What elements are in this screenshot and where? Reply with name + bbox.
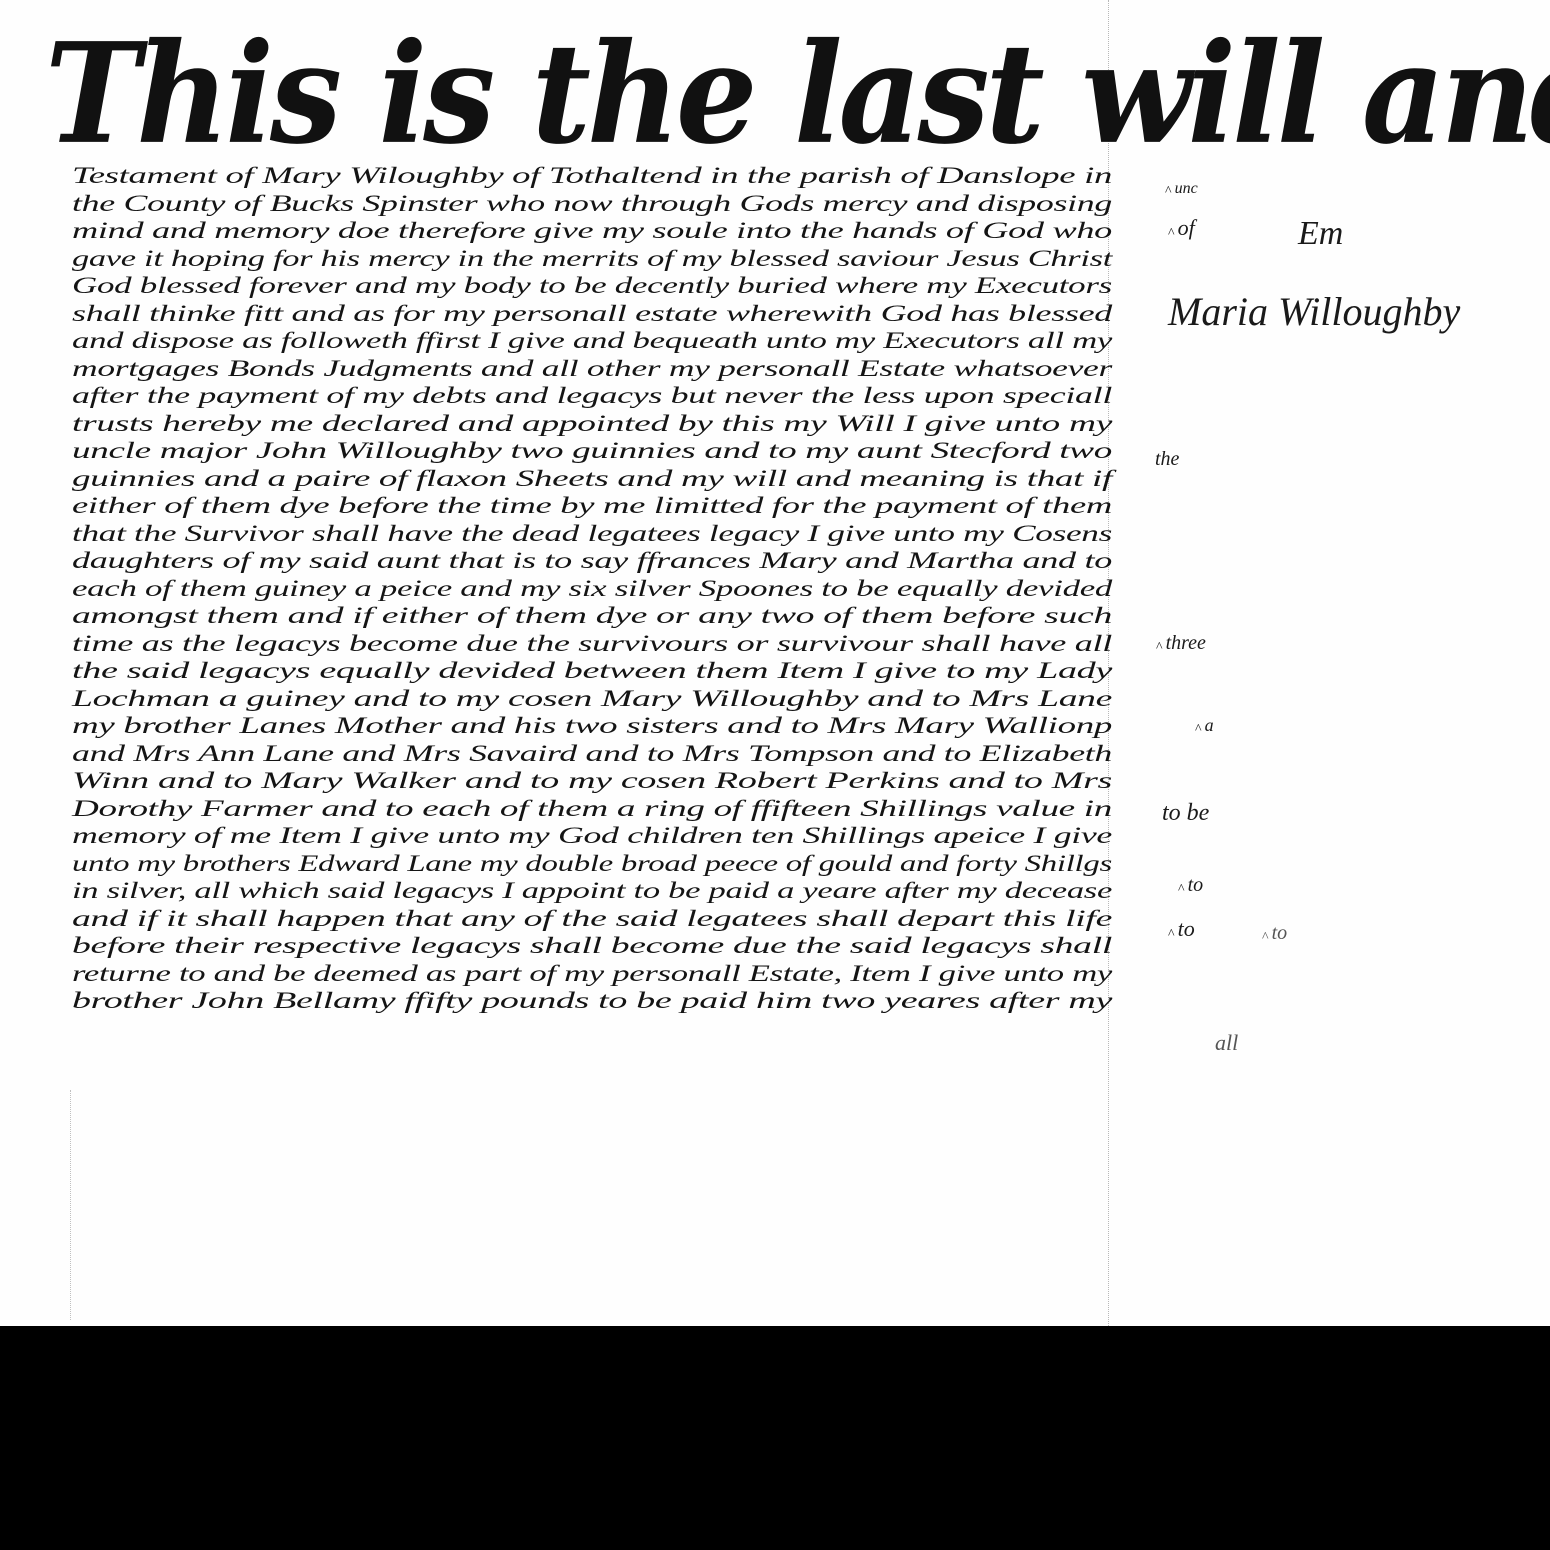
margin-note: to be	[1162, 800, 1209, 827]
text-line: mortgages Bonds Judgments and all other …	[72, 355, 1112, 383]
text-line-content: each of them guiney a peice and my six s…	[72, 575, 1112, 603]
margin-note: ^three	[1156, 632, 1206, 656]
insertion-caret-icon: ^	[1168, 927, 1175, 942]
text-line-content: amongst them and if either of them dye o…	[72, 602, 1112, 630]
text-line-content: and if it shall happen that any of the s…	[72, 905, 1112, 933]
margin-note: the	[1155, 448, 1179, 471]
margin-note: ^to	[1168, 916, 1195, 943]
text-line: God blessed forever and my body to be de…	[72, 272, 1112, 300]
text-line-content: that the Survivor shall have the dead le…	[72, 520, 1112, 548]
insertion-caret-icon: ^	[1178, 882, 1185, 897]
text-line: Lochman a guiney and to my cosen Mary Wi…	[72, 685, 1112, 713]
text-line-content: Dorothy Farmer and to each of them a rin…	[72, 795, 1112, 823]
manuscript-page: This is the last will and Testament of M…	[0, 0, 1550, 1326]
text-line: unto my brothers Edward Lane my double b…	[72, 850, 1112, 878]
insertion-caret-icon: ^	[1195, 722, 1202, 737]
text-line-content: the said legacys equally devided between…	[72, 657, 1112, 685]
text-line: Winn and to Mary Walker and to my cosen …	[72, 767, 1112, 795]
text-line-content: guinnies and a paire of flaxon Sheets an…	[72, 465, 1112, 493]
text-line-content: Winn and to Mary Walker and to my cosen …	[72, 767, 1112, 795]
text-line-content: and dispose as followeth ffirst I give a…	[72, 327, 1112, 355]
margin-note: Em	[1298, 215, 1343, 253]
margin-note: ^to	[1178, 874, 1203, 898]
text-line-content: and Mrs Ann Lane and Mrs Savaird and to …	[72, 740, 1112, 768]
text-line-content: unto my brothers Edward Lane my double b…	[72, 850, 1112, 878]
text-line-content: mind and memory doe therefore give my so…	[72, 217, 1112, 245]
text-line: and dispose as followeth ffirst I give a…	[72, 327, 1112, 355]
text-line: uncle major John Willoughby two guinnies…	[72, 437, 1112, 465]
text-line-content: mortgages Bonds Judgments and all other …	[72, 355, 1112, 383]
text-line-content: Testament of Mary Wiloughby of Tothalten…	[72, 162, 1112, 190]
text-line: the said legacys equally devided between…	[72, 657, 1112, 685]
text-line: brother John Bellamy ffifty pounds to be…	[72, 987, 1112, 1015]
text-line-content: God blessed forever and my body to be de…	[72, 272, 1112, 300]
text-line: that the Survivor shall have the dead le…	[72, 520, 1112, 548]
page-edge-dots	[70, 1090, 71, 1320]
text-line-content: shall thinke fitt and as for my personal…	[72, 300, 1112, 328]
text-line: shall thinke fitt and as for my personal…	[72, 300, 1112, 328]
text-line: in silver, all which said legacys I appo…	[72, 877, 1112, 905]
text-line: gave it hoping for his mercy in the merr…	[72, 245, 1112, 273]
text-line-content: before their respective legacys shall be…	[72, 932, 1112, 960]
margin-note: ^of	[1168, 215, 1195, 242]
text-line: the County of Bucks Spinster who now thr…	[72, 190, 1112, 218]
text-line-content: in silver, all which said legacys I appo…	[72, 877, 1112, 905]
text-line-content: memory of me Item I give unto my God chi…	[72, 822, 1112, 850]
text-line-content: daughters of my said aunt that is to say…	[72, 547, 1112, 575]
margin-note: ^to	[1262, 922, 1287, 946]
will-heading: This is the last will and	[45, 8, 1065, 181]
margin-note: ^unc	[1165, 180, 1198, 200]
text-line: either of them dye before the time by me…	[72, 492, 1112, 520]
insertion-caret-icon: ^	[1262, 930, 1269, 945]
text-line: my brother Lanes Mother and his two sist…	[72, 712, 1112, 740]
text-line-content: brother John Bellamy ffifty pounds to be…	[72, 987, 1112, 1015]
insertion-caret-icon: ^	[1156, 640, 1163, 655]
text-line-content: trusts hereby me declared and appointed …	[72, 410, 1112, 438]
text-line: time as the legacys become due the survi…	[72, 630, 1112, 658]
text-line-content: gave it hoping for his mercy in the merr…	[72, 245, 1112, 273]
margin-signature: Maria Willoughby	[1168, 288, 1460, 335]
text-line-content: my brother Lanes Mother and his two sist…	[72, 712, 1112, 740]
text-line: after the payment of my debts and legacy…	[72, 382, 1112, 410]
will-body: Testament of Mary Wiloughby of Tothalten…	[72, 162, 1112, 1015]
text-line-content: Lochman a guiney and to my cosen Mary Wi…	[72, 685, 1112, 713]
text-line: each of them guiney a peice and my six s…	[72, 575, 1112, 603]
text-line: guinnies and a paire of flaxon Sheets an…	[72, 465, 1112, 493]
text-line-content: time as the legacys become due the survi…	[72, 630, 1112, 658]
text-line-content: either of them dye before the time by me…	[72, 492, 1112, 520]
text-line: Testament of Mary Wiloughby of Tothalten…	[72, 162, 1112, 190]
text-line: amongst them and if either of them dye o…	[72, 602, 1112, 630]
text-line: mind and memory doe therefore give my so…	[72, 217, 1112, 245]
text-line: before their respective legacys shall be…	[72, 932, 1112, 960]
text-line-content: uncle major John Willoughby two guinnies…	[72, 437, 1112, 465]
text-line: daughters of my said aunt that is to say…	[72, 547, 1112, 575]
text-line: and if it shall happen that any of the s…	[72, 905, 1112, 933]
margin-note: all	[1215, 1030, 1238, 1056]
margin-note: ^a	[1195, 715, 1214, 738]
insertion-caret-icon: ^	[1168, 226, 1175, 241]
scan-border-black	[0, 1326, 1550, 1550]
text-line: trusts hereby me declared and appointed …	[72, 410, 1112, 438]
insertion-caret-icon: ^	[1165, 184, 1172, 199]
text-line: and Mrs Ann Lane and Mrs Savaird and to …	[72, 740, 1112, 768]
text-line-content: the County of Bucks Spinster who now thr…	[72, 190, 1112, 218]
text-line: memory of me Item I give unto my God chi…	[72, 822, 1112, 850]
text-line: Dorothy Farmer and to each of them a rin…	[72, 795, 1112, 823]
text-line-content: after the payment of my debts and legacy…	[72, 382, 1112, 410]
text-line-content: returne to and be deemed as part of my p…	[72, 960, 1112, 988]
text-line: returne to and be deemed as part of my p…	[72, 960, 1112, 988]
